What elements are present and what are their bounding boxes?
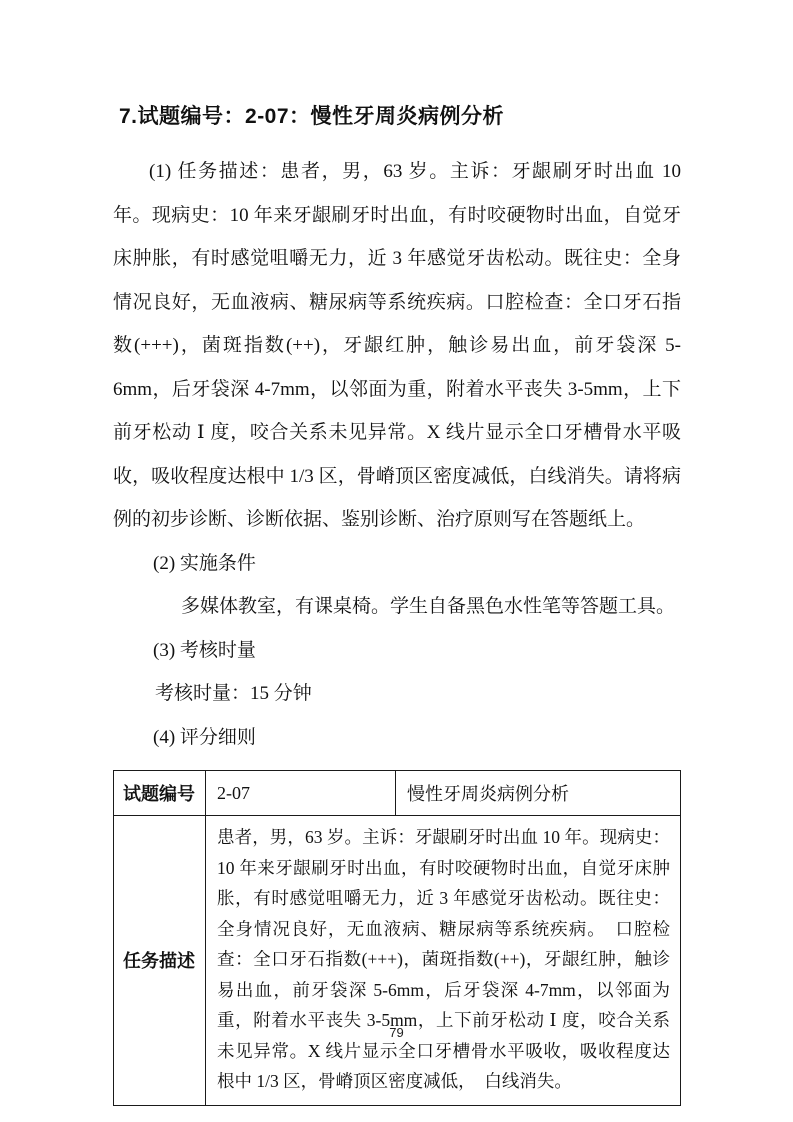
- document-content: 7.试题编号：2-07：慢性牙周炎病例分析 (1) 任务描述：患者，男，63 岁…: [113, 103, 681, 1106]
- question-title-cell: 慢性牙周炎病例分析: [396, 771, 681, 816]
- task-description-label-cell: 任务描述: [114, 816, 206, 1106]
- section-heading-scoring-rules: (4) 评分细则: [113, 716, 681, 760]
- question-id-label-cell: 试题编号: [114, 771, 206, 816]
- question-id-value-cell: 2-07: [206, 771, 396, 816]
- paragraph-task-description: (1) 任务描述：患者，男，63 岁。主诉：牙龈刷牙时出血 10 年。现病史：1…: [113, 150, 681, 542]
- scoring-table: 试题编号 2-07 慢性牙周炎病例分析 任务描述 患者，男，63 岁。主诉：牙龈…: [113, 770, 681, 1106]
- section-heading-assessment-time: (3) 考核时量: [113, 629, 681, 673]
- task-description-text-cell: 患者，男，63 岁。主诉：牙龈刷牙时出血 10 年。现病史：10 年来牙龈刷牙时…: [206, 816, 681, 1106]
- section-heading-implementation-conditions: (2) 实施条件: [113, 542, 681, 586]
- table-row-task-description: 任务描述 患者，男，63 岁。主诉：牙龈刷牙时出血 10 年。现病史：10 年来…: [114, 816, 681, 1106]
- table-row-question-id: 试题编号 2-07 慢性牙周炎病例分析: [114, 771, 681, 816]
- document-page: 7.试题编号：2-07：慢性牙周炎病例分析 (1) 任务描述：患者，男，63 岁…: [0, 0, 793, 1122]
- document-title: 7.试题编号：2-07：慢性牙周炎病例分析: [113, 103, 681, 131]
- paragraph-implementation-conditions: 多媒体教室，有课桌椅。学生自备黑色水性笔等答题工具。: [113, 585, 681, 629]
- page-number: 79: [0, 1025, 793, 1040]
- paragraph-assessment-time: 考核时量：15 分钟: [113, 672, 681, 716]
